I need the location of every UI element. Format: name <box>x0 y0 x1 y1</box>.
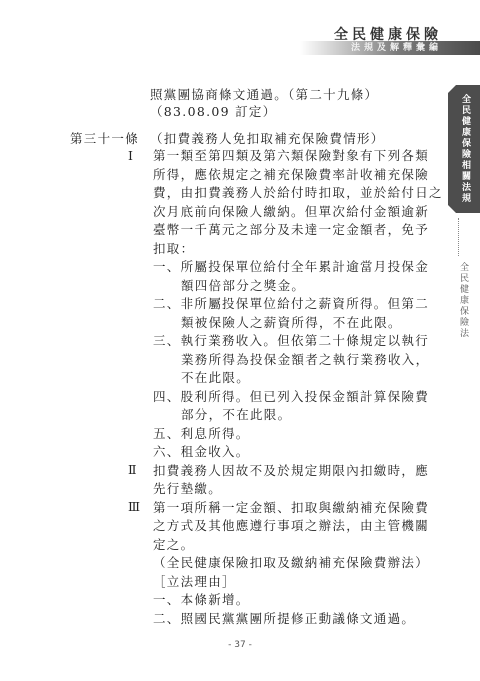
list-item: 額四倍部分之獎金。 <box>181 277 305 295</box>
legislative-reason-heading: ［立法理由］ <box>153 573 236 591</box>
paragraph-2-line: 扣費義務人因故不及於規定期限內扣繳時，應 <box>153 462 429 480</box>
list-item: 部分，不在此限。 <box>181 406 291 424</box>
paragraph-3-line: 定之。 <box>153 536 194 554</box>
paragraph-mark-3: Ⅲ <box>128 499 140 514</box>
list-item: 不在此限。 <box>181 369 250 387</box>
paragraph-1-line: 費，由扣費義務人於給付時扣取，並於給付日之 <box>153 184 443 202</box>
paragraph-1-line: 臺幣一千萬元之部分及未達一定金額者，免予 <box>153 221 429 239</box>
article-number: 第三十一條 <box>70 130 139 148</box>
paragraph-1-line: 扣取： <box>153 240 194 258</box>
list-item: 五、利息所得。 <box>153 425 250 443</box>
legislative-reason-item: 一、本條新增。 <box>153 591 250 609</box>
paragraph-3-line: 第一項所稱一定金額、扣取與繳納補充保險費 <box>153 499 429 517</box>
header-subtitle: 法規及解釋彙編 <box>351 41 442 55</box>
list-item: 一、所屬投保單位給付全年累計逾當月投保金 <box>153 258 429 276</box>
list-item: 業務所得為投保金額者之執行業務收入， <box>181 351 429 369</box>
paragraph-2-line: 先行墊繳。 <box>153 480 222 498</box>
list-item: 四、股利所得。但已列入投保金額計算保險費 <box>153 388 429 406</box>
paragraph-1-line: 第一類至第四類及第六類保險對象有下列各類 <box>153 147 429 165</box>
paragraph-mark-2: Ⅱ <box>128 462 137 477</box>
list-item: 類被保險人之薪資所得，不在此限。 <box>181 314 402 332</box>
list-item: 六、租金收入。 <box>153 443 250 461</box>
side-dotted-divider <box>458 218 459 256</box>
list-item: 二、非所屬投保單位給付之薪資所得。但第二 <box>153 295 429 313</box>
side-section-label: 全民健康保險相關法規 <box>450 94 472 204</box>
side-subsection-label: 全民健康保險法 <box>452 262 470 339</box>
paragraph-3-line: 之方式及其他應遵行事項之辦法，由主管機關 <box>153 517 429 535</box>
prev-article-tail: 照黨團協商條文通過。（第二十九條） <box>150 86 378 104</box>
paragraph-1-line: 次月底前向保險人繳納。但單次給付金額逾新 <box>153 203 429 221</box>
list-item: 三、執行業務收入。但依第二十條規定以執行 <box>153 332 429 350</box>
paragraph-mark-1: Ⅰ <box>128 148 133 163</box>
prev-article-date: （83.08.09 訂定） <box>150 103 277 121</box>
paragraph-1-line: 所得，應依規定之補充保險費率計收補充保險 <box>153 166 429 184</box>
article-title: （扣費義務人免扣取補充保險費情形） <box>150 130 385 148</box>
page-number: - 37 - <box>0 640 480 650</box>
legislative-reason-item: 二、照國民黨黨團所提修正動議條文通過。 <box>153 610 415 628</box>
regulation-reference: （全民健康保險扣取及繳納補充保險費辦法） <box>153 554 429 572</box>
